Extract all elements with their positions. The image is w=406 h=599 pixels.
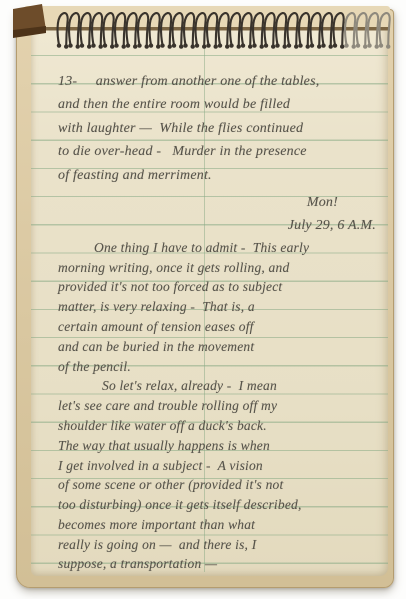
- entry-header: Mon! July 29, 6 A.M.: [58, 191, 380, 238]
- handwritten-line: to die over-head - Murder in the presenc…: [58, 140, 380, 163]
- handwritten-line: morning writing, once it gets rolling, a…: [58, 258, 380, 278]
- paragraph-top: 13- answer from another one of the table…: [58, 70, 380, 187]
- handwritten-line: shoulder like water off a duck's back.: [58, 416, 380, 436]
- handwritten-line: of the pencil.: [58, 357, 380, 377]
- paragraph-body: One thing I have to admit - This early m…: [58, 238, 380, 575]
- notebook-photo: 13- answer from another one of the table…: [0, 0, 406, 599]
- handwritten-line: So let's relax, already - I mean: [58, 376, 380, 396]
- handwriting-block: 13- answer from another one of the table…: [58, 70, 380, 574]
- handwritten-line: I get involved in a subject - A vision: [58, 456, 380, 476]
- handwritten-line: and can be buried in the movement: [58, 337, 380, 357]
- handwritten-line: One thing I have to admit - This early: [58, 238, 380, 258]
- handwritten-line: suppose, a transportation —: [58, 554, 380, 574]
- handwritten-line: The way that usually happens is when: [58, 436, 380, 456]
- handwritten-line: let's see care and trouble rolling off m…: [58, 396, 380, 416]
- spiral-binding: [0, 0, 406, 62]
- entry-day: Mon!: [58, 191, 380, 214]
- handwritten-line: and then the entire room would be filled: [58, 93, 380, 116]
- handwritten-line: matter, is very relaxing - That is, a: [58, 297, 380, 317]
- handwritten-line: too disturbing) once it gets itself desc…: [58, 495, 380, 515]
- entry-date: July 29, 6 A.M.: [58, 214, 380, 237]
- handwritten-line: provided it's not too forced as to subje…: [58, 277, 380, 297]
- handwritten-line: 13- answer from another one of the table…: [58, 70, 380, 93]
- notebook-page: 13- answer from another one of the table…: [31, 10, 388, 576]
- handwritten-line: of some scene or other (provided it's no…: [58, 475, 380, 495]
- handwritten-line: with laughter — While the flies continue…: [58, 117, 380, 140]
- handwritten-line: certain amount of tension eases off: [58, 317, 380, 337]
- handwritten-line: of feasting and merriment.: [58, 164, 380, 187]
- handwritten-line: becomes more important than what: [58, 515, 380, 535]
- handwritten-line: really is going on — and there is, I: [58, 535, 380, 555]
